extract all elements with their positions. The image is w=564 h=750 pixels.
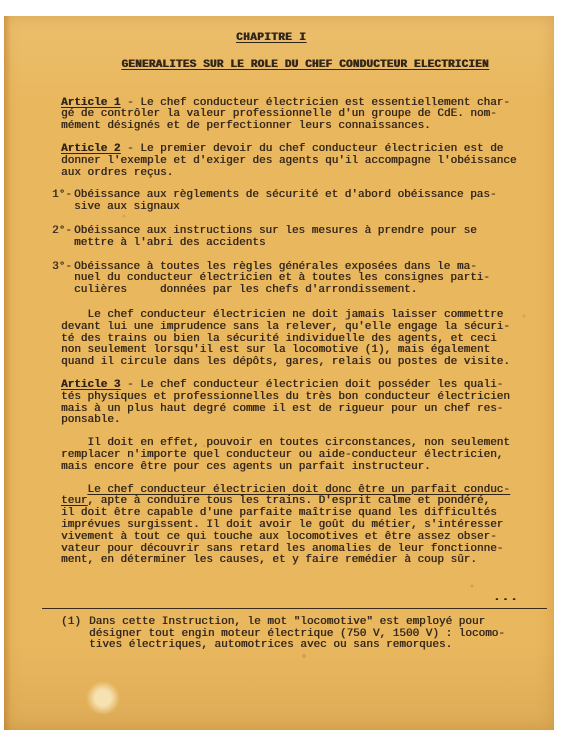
- article-1-text: - Le chef conducteur électricien est ess…: [61, 97, 510, 133]
- article-3-text: - Le chef conducteur électricien doit po…: [61, 379, 510, 426]
- footnote: (1) Dans cette Instruction, le mot "loco…: [61, 614, 541, 652]
- section-title-text: GENERALITES SUR LE ROLE DU CHEF CONDUCTE…: [121, 59, 488, 71]
- obedience-item-3: 3°- Obéissance à toutes les règles génér…: [52, 262, 541, 297]
- obedience-item-2: 2°- Obéissance aux instructions sur les …: [52, 226, 541, 250]
- item-3-number: 3°-: [52, 262, 74, 297]
- footnote-text: Dans cette Instruction, le mot "locomoti…: [89, 617, 541, 652]
- item-1-number: 1°-: [52, 190, 74, 214]
- conduite-rest-text: , apte à conduire tous les trains. D'esp…: [61, 495, 503, 566]
- footnote-marker: (1): [61, 617, 89, 652]
- paper-sheet: CHAPITRE I GENERALITES SUR LE ROLE DU CH…: [4, 16, 554, 730]
- obedience-item-1: 1°- Obéissance aux règlements de sécurit…: [52, 190, 541, 214]
- article-1-paragraph: Article 1 - Le chef conducteur électrici…: [61, 98, 541, 133]
- footnote-divider: [42, 608, 547, 609]
- section-title: GENERALITES SUR LE ROLE DU CHEF CONDUCTE…: [65, 60, 545, 72]
- article-2-paragraph: Article 2 - Le premier devoir du chef co…: [61, 144, 541, 179]
- article-2-label: Article 2: [61, 143, 120, 155]
- item-3-text: Obéissance à toutes les règles générales…: [74, 262, 541, 297]
- item-2-text: Obéissance aux instructions sur les mesu…: [74, 226, 541, 250]
- article-3-paragraph: Article 3 - Le chef conducteur électrici…: [61, 380, 541, 427]
- paragraph-surveillance: Le chef conducteur électricien ne doit j…: [61, 310, 541, 369]
- paragraph-remplacement: Il doit en effet, pouvoir en toutes circ…: [61, 438, 541, 473]
- page-content: CHAPITRE I GENERALITES SUR LE ROLE DU CH…: [61, 33, 541, 652]
- article-2-text: - Le premier devoir du chef conducteur é…: [61, 143, 516, 179]
- scanned-document-page: { "colors": { "paper": "#e9b75e", "ink":…: [0, 0, 564, 750]
- article-1-label: Article 1: [61, 97, 120, 109]
- paragraph-conduite: Le chef conducteur électricien doit donc…: [61, 485, 541, 568]
- item-2-number: 2°-: [52, 226, 74, 250]
- chapter-title: CHAPITRE I: [31, 33, 511, 45]
- item-1-text: Obéissance aux règlements de sécurité et…: [74, 190, 541, 214]
- conduite-indent: [61, 484, 87, 496]
- ellipsis-mark: ...: [61, 593, 541, 605]
- chapter-title-text: CHAPITRE I: [236, 32, 306, 44]
- article-3-label: Article 3: [61, 379, 120, 391]
